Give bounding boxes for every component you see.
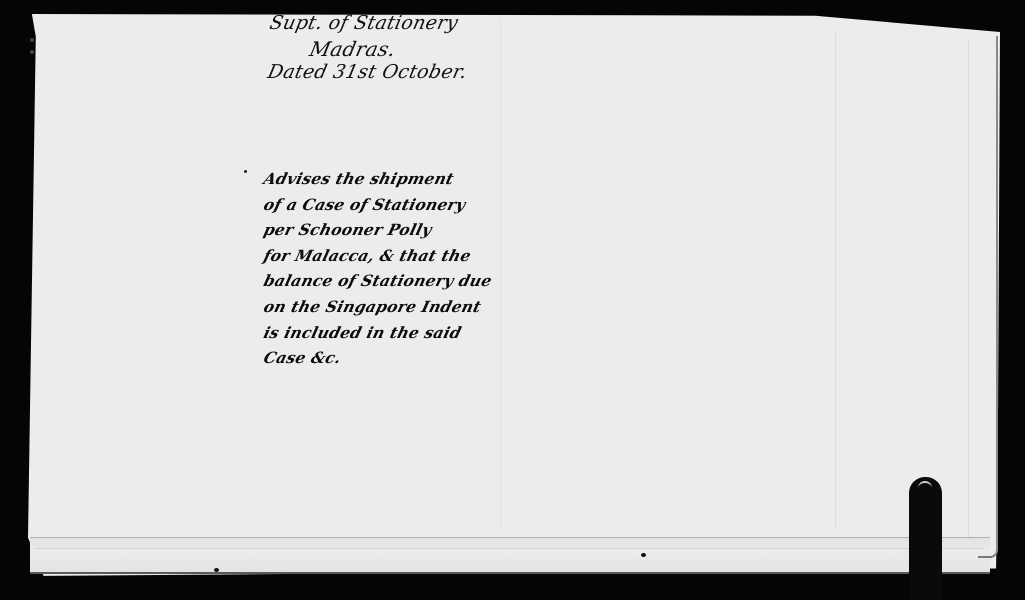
summary-line: balance of Stationery due	[261, 268, 495, 294]
ink-speck	[30, 38, 34, 42]
paper-crease	[34, 548, 984, 549]
summary-line: for Malacca, & that the	[261, 243, 495, 269]
paper-right-curl	[978, 36, 998, 558]
ink-speck	[641, 553, 646, 557]
paper-fold-line	[968, 40, 969, 540]
document-viewer: Supt. of Stationery Madras. Dated 31st O…	[0, 0, 1025, 600]
binding-clip	[909, 477, 942, 600]
ink-speck	[244, 170, 247, 173]
docket-sender: Supt. of Stationery	[267, 11, 460, 35]
docket-place: Madras.	[307, 37, 398, 61]
paper-sheet	[28, 14, 1000, 577]
paper-fold-line	[835, 30, 836, 530]
ink-speck	[214, 568, 219, 572]
paper-bottom-fold	[30, 538, 990, 574]
summary-line: is included in the said	[261, 320, 495, 346]
paper-fold-line	[500, 20, 501, 530]
summary-line: of a Case of Stationery	[261, 192, 495, 218]
ink-speck	[30, 50, 34, 54]
docket-date: Dated 31st October.	[265, 60, 469, 84]
paper-crease	[30, 537, 990, 538]
summary-line: on the Singapore Indent	[261, 294, 495, 320]
summary-line: per Schooner Polly	[261, 217, 495, 243]
docket-summary: Advises the shipment of a Case of Statio…	[264, 166, 492, 371]
summary-line: Advises the shipment	[261, 166, 495, 192]
summary-line: Case &c.	[261, 345, 495, 371]
